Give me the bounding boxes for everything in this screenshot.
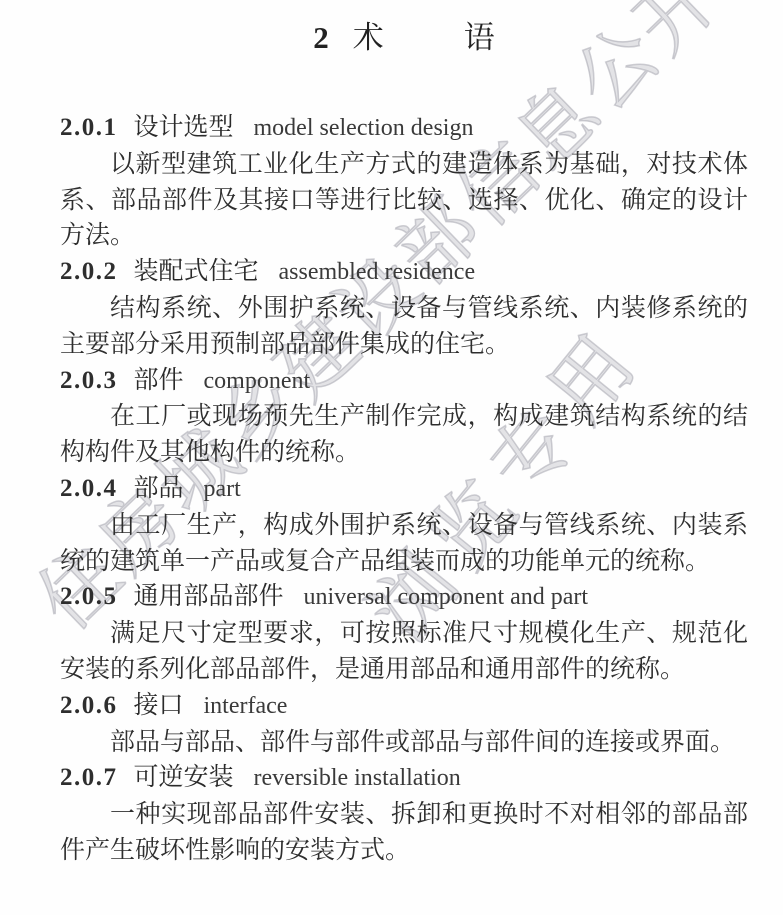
term-definition: 满足尺寸定型要求，可按照标准尺寸规模化生产、规范化安装的系列化部品部件，是通用部… xyxy=(60,616,748,688)
term-english: universal component and part xyxy=(304,584,589,610)
term-chinese: 设计选型 xyxy=(134,114,234,141)
term-definition: 在工厂或现场预先生产制作完成，构成建筑结构系统的结构构件及其他构件的统称。 xyxy=(60,399,748,471)
term-english: component xyxy=(204,368,311,394)
terminology-chapter: 2术语 2.0.1设计选型model selection design以新型建筑… xyxy=(0,16,783,869)
term-number: 2.0.4 xyxy=(60,475,118,502)
term-definition: 部品与部品、部件与部件或部品与部件间的连接或界面。 xyxy=(60,725,748,761)
term-entry: 2.0.4部品part由工厂生产，构成外围护系统、设备与管线系统、内装系统的建筑… xyxy=(60,471,748,579)
term-entry: 2.0.1设计选型model selection design以新型建筑工业化生… xyxy=(60,110,748,254)
term-chinese: 通用部品部件 xyxy=(134,583,284,610)
term-number: 2.0.6 xyxy=(60,692,118,719)
term-definition: 一种实现部品部件安装、拆卸和更换时不对相邻的部品部件产生破坏性影响的安装方式。 xyxy=(60,797,748,869)
term-english: reversible installation xyxy=(254,765,461,791)
chapter-title-char-a: 术 xyxy=(353,20,384,55)
term-english: model selection design xyxy=(254,115,474,141)
term-chinese: 部件 xyxy=(134,367,184,394)
term-chinese: 装配式住宅 xyxy=(134,258,259,285)
term-number: 2.0.3 xyxy=(60,367,118,394)
term-heading: 2.0.5通用部品部件universal component and part xyxy=(60,579,748,616)
term-chinese: 接口 xyxy=(134,692,184,719)
term-definition: 结构系统、外围护系统、设备与管线系统、内装修系统的主要部分采用预制部品部件集成的… xyxy=(60,291,748,363)
term-entry: 2.0.2装配式住宅assembled residence结构系统、外围护系统、… xyxy=(60,254,748,362)
term-entry: 2.0.5通用部品部件universal component and part满… xyxy=(60,579,748,687)
term-heading: 2.0.6接口interface xyxy=(60,688,748,725)
chapter-title-char-b: 语 xyxy=(464,20,495,55)
chapter-number: 2 xyxy=(313,20,329,55)
term-number: 2.0.7 xyxy=(60,764,118,791)
term-entries: 2.0.1设计选型model selection design以新型建筑工业化生… xyxy=(60,110,748,869)
term-english: interface xyxy=(204,693,288,719)
term-heading: 2.0.7可逆安装reversible installation xyxy=(60,760,748,797)
term-number: 2.0.5 xyxy=(60,583,118,610)
term-number: 2.0.2 xyxy=(60,258,118,285)
term-chinese: 部品 xyxy=(134,475,184,502)
term-definition: 由工厂生产，构成外围护系统、设备与管线系统、内装系统的建筑单一产品或复合产品组装… xyxy=(60,508,748,580)
term-heading: 2.0.2装配式住宅assembled residence xyxy=(60,254,748,291)
term-heading: 2.0.4部品part xyxy=(60,471,748,508)
chapter-title: 2术语 xyxy=(60,16,748,60)
term-entry: 2.0.7可逆安装reversible installation一种实现部品部件… xyxy=(60,760,748,868)
term-entry: 2.0.3部件component在工厂或现场预先生产制作完成，构成建筑结构系统的… xyxy=(60,363,748,471)
term-heading: 2.0.3部件component xyxy=(60,363,748,400)
term-number: 2.0.1 xyxy=(60,114,118,141)
term-definition: 以新型建筑工业化生产方式的建造体系为基础，对技术体系、部品部件及其接口等进行比较… xyxy=(60,147,748,254)
document-page: 住房城乡建设部信息公开 浏览专用 2术语 2.0.1设计选型model sele… xyxy=(0,0,783,915)
term-entry: 2.0.6接口interface部品与部品、部件与部件或部品与部件间的连接或界面… xyxy=(60,688,748,761)
term-heading: 2.0.1设计选型model selection design xyxy=(60,110,748,147)
term-english: part xyxy=(204,476,241,502)
term-chinese: 可逆安装 xyxy=(134,764,234,791)
term-english: assembled residence xyxy=(279,259,476,285)
